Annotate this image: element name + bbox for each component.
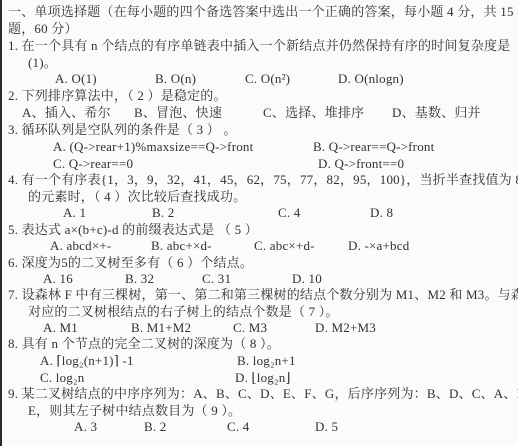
q4-options-row: A. 1 B. 2 C. 4 D. 8 xyxy=(0,205,518,222)
q6-stem: 6. 深度为5的二叉树至多有（ 6 ）个结点。 xyxy=(8,255,253,271)
q4-option-a: A. 1 xyxy=(63,205,86,221)
q7-option-b: B. M1+M2 xyxy=(131,320,191,336)
q9-stem: 9. 某二叉树结点的中序序列为：A、B、C、D、E、F、G，后序序列为：B、D、… xyxy=(8,386,518,402)
q6-option-b: B. 32 xyxy=(125,271,154,287)
q8-stem: 8. 具有 n 个节点的完全二叉树的深度为（ 8 ）。 xyxy=(8,336,280,352)
q1-stem: 1. 在一个具有 n 个结点的有序单链表中插入一个新结点并仍然保持有序的时间复杂… xyxy=(8,38,510,54)
q1-option-a: A. O(1) xyxy=(55,71,97,87)
q2-stem: 2. 下列排序算法中，（ 2 ）是稳定的。 xyxy=(8,88,227,104)
section-header-line-2: 题，60 分） xyxy=(8,21,78,37)
q9-stem-cont: E，则其左子树中结点数目为（ 9 ）。 xyxy=(28,403,241,419)
q2-option-c: C、选择、堆排序 xyxy=(263,105,364,121)
q1-option-d: D. O(nlogn) xyxy=(338,71,404,87)
q1-option-c: C. O(n²) xyxy=(245,71,290,87)
q2-option-a: A、插入、希尔 xyxy=(22,105,111,121)
q7-option-c: C. M3 xyxy=(233,320,267,336)
q9-option-d: D. 5 xyxy=(315,419,338,435)
q6-option-d: D. 10 xyxy=(292,271,322,287)
q3-option-a: A. (Q->rear+1)%maxsize==Q->front xyxy=(53,139,253,155)
q3-options-row-2: C. Q->rear==0 D. Q->front==0 xyxy=(0,156,518,173)
q8-options-row-1: A. ⌈log₂(n+1)⌉ -1 B. log₂n+1 xyxy=(0,353,518,370)
q3-option-c: C. Q->rear==0 xyxy=(53,156,133,172)
exam-page: 一、单项选择题（在每小题的四个备选答案中选出一个正确的答案，每小题 4 分，共 … xyxy=(0,0,518,446)
q2-option-d: D、基数、归并 xyxy=(392,105,481,121)
q3-options-row-1: A. (Q->rear+1)%maxsize==Q->front B. Q->r… xyxy=(0,139,518,156)
q8-option-d: D. ⌊log₂n⌋ xyxy=(235,370,291,386)
q2-option-b: B、冒泡、快速 xyxy=(134,105,222,121)
q7-option-d: D. M2+M3 xyxy=(315,320,376,336)
q9-option-a: A. 3 xyxy=(74,419,97,435)
q3-option-d: D. Q->front==0 xyxy=(318,156,404,172)
q2-options-row: A、插入、希尔 B、冒泡、快速 C、选择、堆排序 D、基数、归并 xyxy=(0,105,518,122)
q4-option-b: B. 2 xyxy=(152,205,174,221)
q8-options-row-2: C. log₂n D. ⌊log₂n⌋ xyxy=(0,370,518,387)
q7-option-a: A. M1 xyxy=(43,320,78,336)
q8-option-a: A. ⌈log₂(n+1)⌉ -1 xyxy=(40,353,134,369)
q9-option-c: C. 4 xyxy=(227,419,249,435)
q1-option-b: B. O(n) xyxy=(155,71,196,87)
q7-stem-cont: 对应的二叉树根结点的右子树上的结点个数是（ 7 ）。 xyxy=(28,304,339,320)
q6-options-row: A. 16 B. 32 C. 31 D. 10 xyxy=(0,271,518,288)
q1-options-row: A. O(1) B. O(n) C. O(n²) D. O(nlogn) xyxy=(0,71,518,88)
q5-option-d: D. -×a+bcd xyxy=(348,238,409,254)
q1-stem-cont: (1)。 xyxy=(28,55,57,71)
q7-stem: 7. 设森林 F 中有三棵树，第一、第二和第三棵树的结点个数分别为 M1、M2 … xyxy=(8,287,518,303)
q5-option-b: B. abc+×d- xyxy=(151,238,212,254)
q8-option-b: B. log₂n+1 xyxy=(237,353,296,369)
q3-stem: 3. 循环队列是空队列的条件是（ 3 ） 。 xyxy=(8,122,237,138)
q6-option-c: C. 31 xyxy=(202,271,231,287)
q9-option-b: B. 2 xyxy=(144,419,166,435)
q4-stem: 4. 有一个有序表{1，3，9，32，41，45，62，75，77，82，95，… xyxy=(8,172,518,188)
q5-option-c: C. abc×+d- xyxy=(254,238,315,254)
q4-option-d: D. 8 xyxy=(370,205,393,221)
q5-options-row: A. abcd×+- B. abc+×d- C. abc×+d- D. -×a+… xyxy=(0,238,518,255)
section-header-line-1: 一、单项选择题（在每小题的四个备选答案中选出一个正确的答案，每小题 4 分，共 … xyxy=(8,4,518,20)
q5-stem: 5. 表达式 a×(b+c)-d 的前缀表达式是 （ 5 ） xyxy=(8,222,258,238)
q6-option-a: A. 16 xyxy=(43,271,73,287)
q5-option-a: A. abcd×+- xyxy=(50,238,111,254)
q7-options-row: A. M1 B. M1+M2 C. M3 D. M2+M3 xyxy=(0,320,518,337)
q3-option-b: B. Q->rear==Q->front xyxy=(313,139,434,155)
q8-option-c: C. log₂n xyxy=(40,370,84,386)
q4-option-c: C. 4 xyxy=(278,205,300,221)
q4-stem-cont: 的元素时，（ 4 ）次比较后查找成功。 xyxy=(28,189,246,205)
q9-options-row: A. 3 B. 2 C. 4 D. 5 xyxy=(0,419,518,436)
